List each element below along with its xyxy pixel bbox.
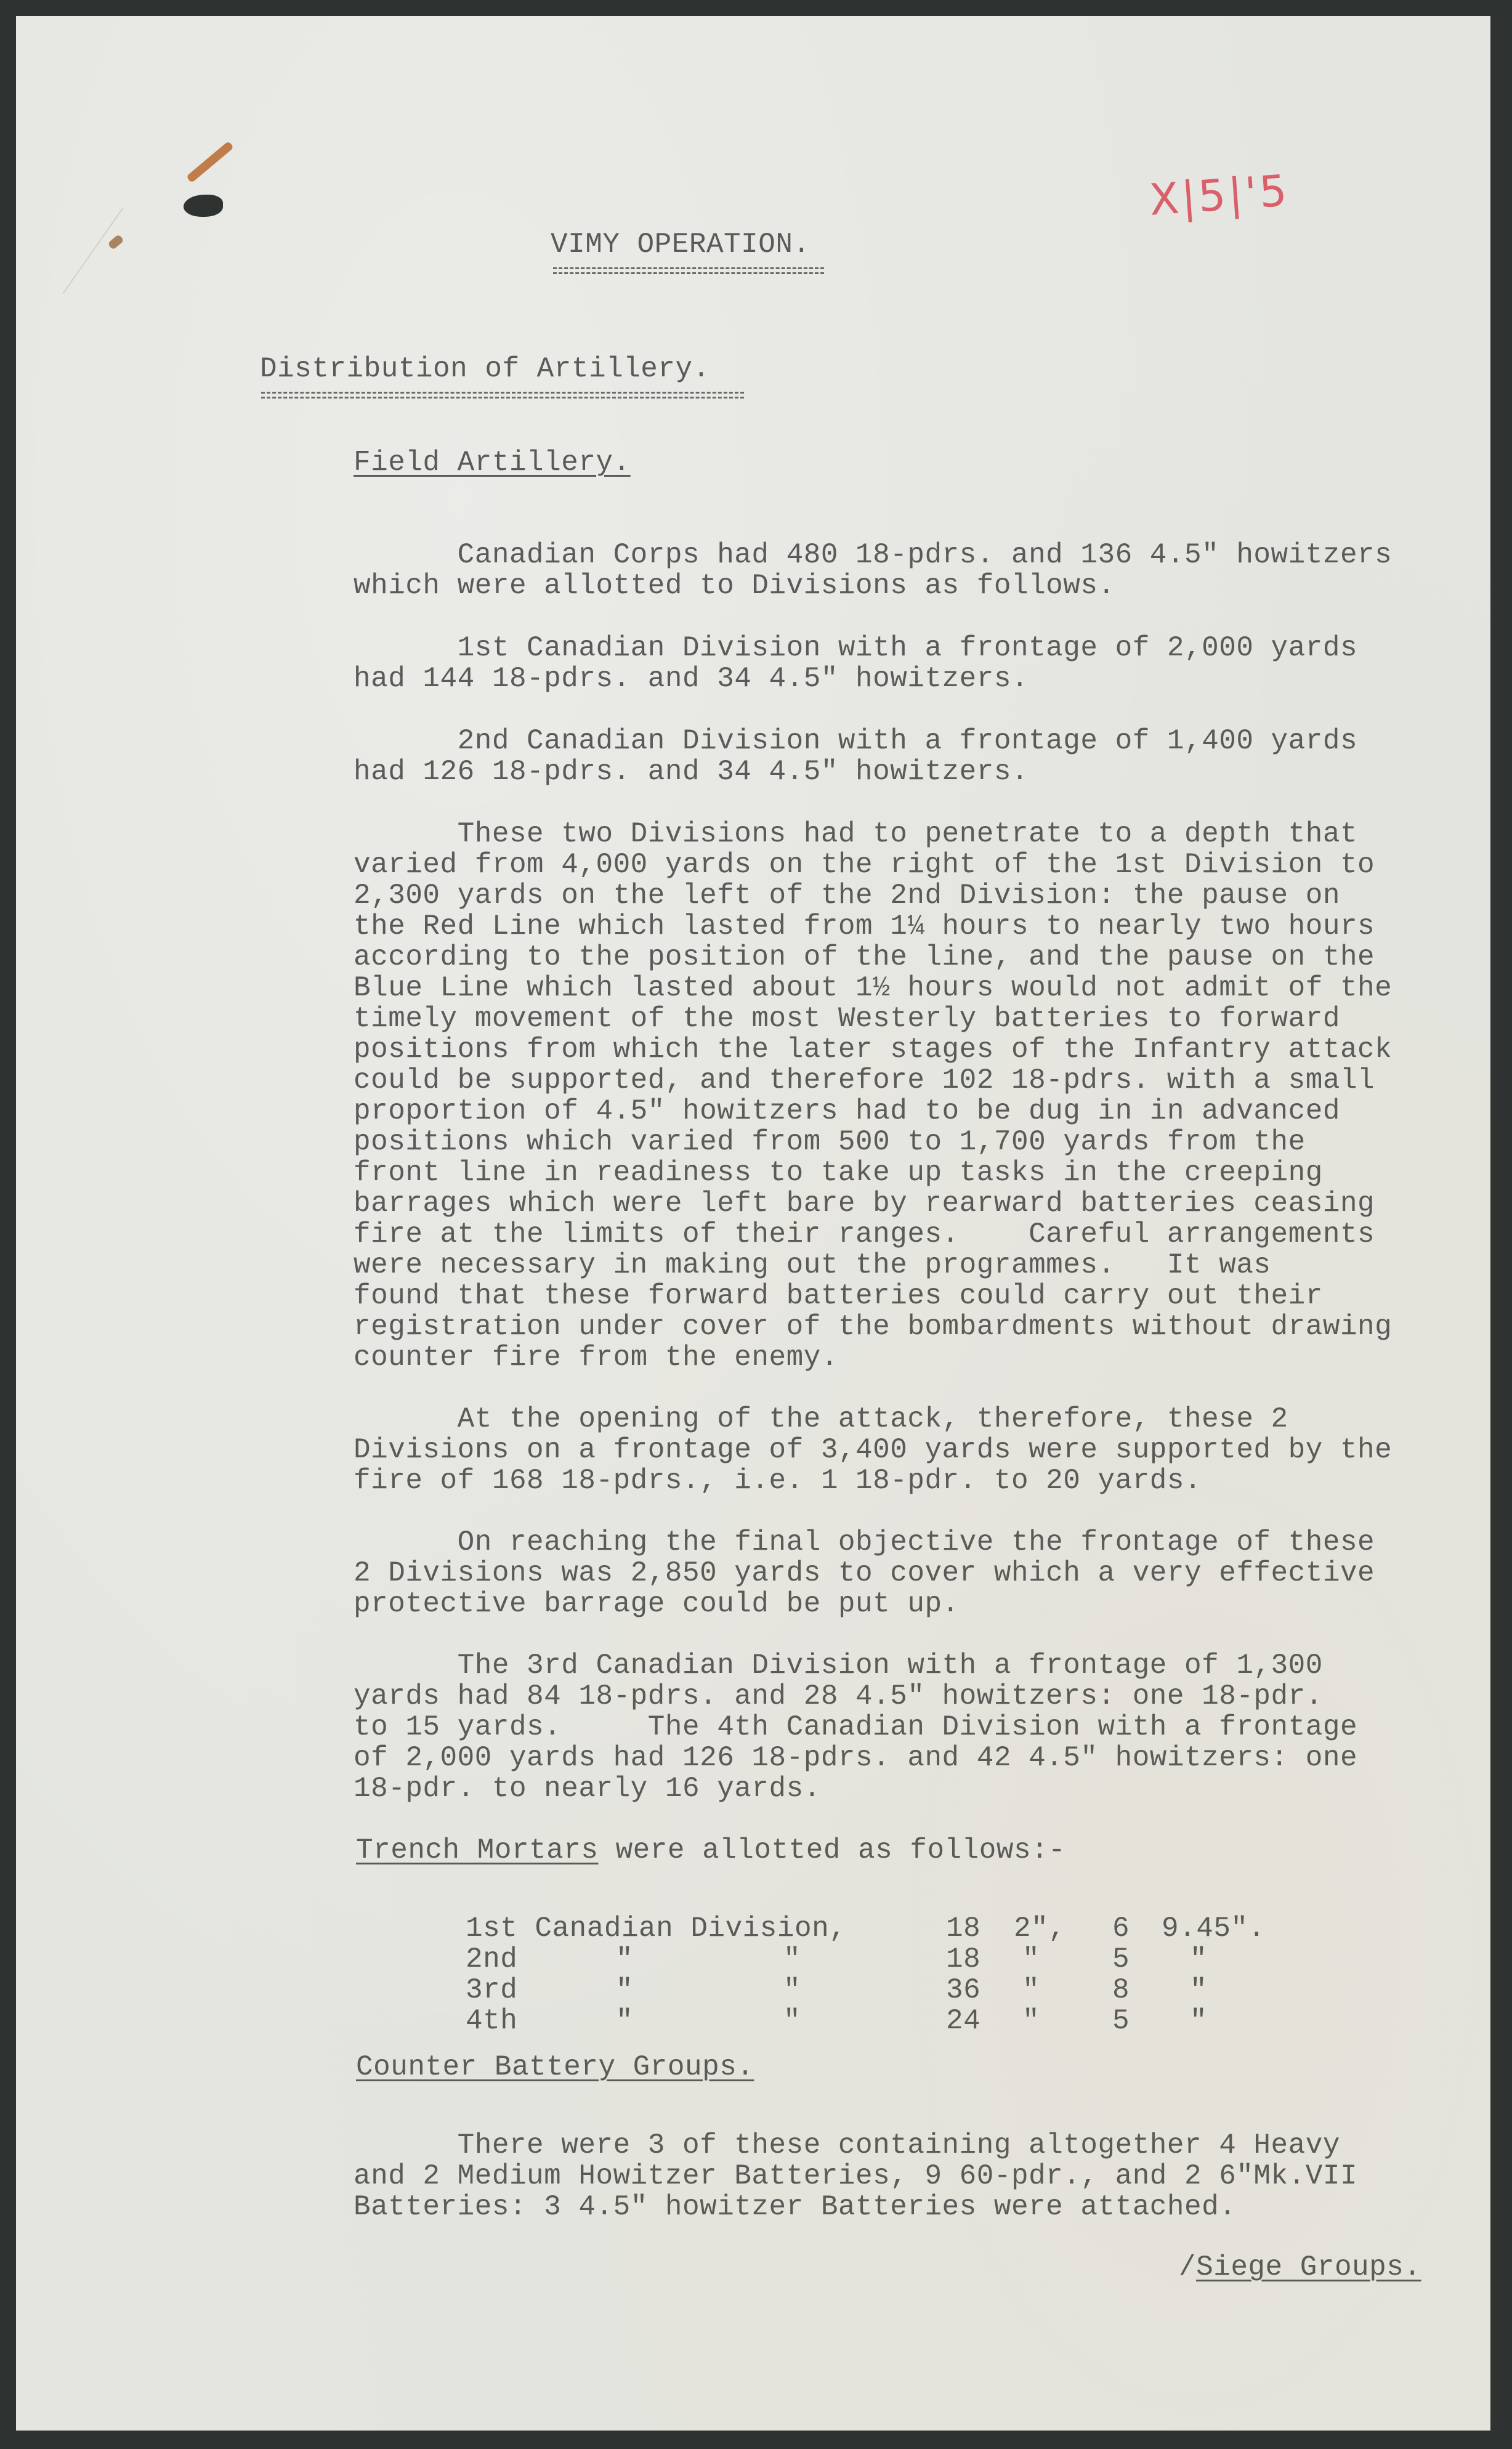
text-line: to 15 yards. The 4th Canadian Division w… [354, 1712, 1357, 1743]
table-cell-ditto: " [783, 2006, 801, 2036]
text-line: 2nd Canadian Division with a frontage of… [354, 726, 1357, 756]
rust-stain-icon [107, 234, 124, 250]
text-line: positions which varied from 500 to 1,700… [354, 1127, 1306, 1157]
table-cell-ditto: " [783, 1944, 801, 1975]
table-cell-945-unit: " [1190, 1944, 1207, 1975]
table-cell-division: 3rd [466, 1975, 517, 2006]
text-line: 2 Divisions was 2,850 yards to cover whi… [354, 1558, 1375, 1589]
text-line: positions from which the later stages of… [354, 1034, 1392, 1065]
text-line: These two Divisions had to penetrate to … [354, 819, 1357, 849]
text-line: At the opening of the attack, therefore,… [354, 1404, 1288, 1435]
text-line: had 144 18-pdrs. and 34 4.5" howitzers. [354, 663, 1029, 694]
text-line: Divisions on a frontage of 3,400 yards w… [354, 1435, 1392, 1465]
text-line: could be supported, and therefore 102 18… [354, 1065, 1375, 1096]
text-line: timely movement of the most Westerly bat… [354, 1003, 1340, 1034]
text-line: were necessary in making out the program… [354, 1250, 1271, 1281]
text-line: Batteries: 3 4.5" howitzer Batteries wer… [354, 2192, 1236, 2222]
table-cell-division: 4th [466, 2006, 517, 2036]
text-line: Canadian Corps had 480 18-pdrs. and 136 … [354, 540, 1392, 570]
text-line: 1st Canadian Division with a frontage of… [354, 633, 1357, 663]
document-page: X|5|'5 VIMY OPERATION. Distribution of A… [16, 16, 1490, 2431]
text-line: The 3rd Canadian Division with a frontag… [354, 1650, 1323, 1681]
text-line: varied from 4,000 yards on the right of … [354, 849, 1375, 880]
catchword-siege-groups: Siege Groups. [1196, 2251, 1421, 2283]
table-cell-945-unit: " [1190, 1975, 1207, 2006]
title-double-underline [553, 267, 824, 274]
catchword-next-page: /Siege Groups. [1179, 2252, 1421, 2283]
text-line: There were 3 of these containing altoget… [354, 2130, 1340, 2161]
table-cell-division: 2nd [466, 1944, 517, 1975]
page-title: VIMY OPERATION. [551, 229, 811, 260]
text-line: 2,300 yards on the left of the 2nd Divis… [354, 880, 1340, 911]
paper-scratch [62, 208, 123, 294]
handwritten-reference-mark: X|5|'5 [1147, 165, 1291, 225]
text-line: counter fire from the enemy. [354, 1342, 838, 1373]
table-cell-945-count: 6 [1112, 1913, 1130, 1944]
heading-trench-mortars: Trench Mortars [356, 1834, 598, 1866]
text-line: yards had 84 18-pdrs. and 28 4.5" howitz… [354, 1681, 1323, 1712]
table-cell-division: 1st Canadian Division, [466, 1913, 846, 1944]
table-cell-945-unit: " [1190, 2006, 1207, 2036]
text-line: had 126 18-pdrs. and 34 4.5" howitzers. [354, 756, 1029, 787]
trench-mortars-intro: Trench Mortars were allotted as follows:… [356, 1835, 1065, 1866]
table-cell-2in-count: 18 [946, 1944, 980, 1975]
table-cell-2in-count: 24 [946, 2006, 980, 2036]
text-line: front line in readiness to take up tasks… [354, 1157, 1323, 1188]
text-line: the Red Line which lasted from 1¼ hours … [354, 911, 1375, 942]
table-cell-2in-count: 18 [946, 1913, 980, 1944]
text-line: according to the position of the line, a… [354, 942, 1375, 973]
text-line: protective barrage could be put up. [354, 1589, 960, 1619]
rust-stain-icon [186, 141, 234, 184]
text-line: fire of 168 18-pdrs., i.e. 1 18-pdr. to … [354, 1465, 1202, 1496]
text-line: and 2 Medium Howitzer Batteries, 9 60-pd… [354, 2161, 1357, 2192]
text-line: of 2,000 yards had 126 18-pdrs. and 42 4… [354, 1743, 1357, 1773]
table-cell-ditto: " [783, 1975, 801, 2006]
table-cell-ditto: " [616, 1975, 633, 2006]
table-cell-2in-unit: 2", [1014, 1913, 1065, 1944]
heading-counter-battery-groups: Counter Battery Groups. [356, 2052, 754, 2083]
table-cell-945-count: 5 [1112, 1944, 1130, 1975]
text-line: were allotted as follows:- [598, 1834, 1065, 1866]
table-cell-945-count: 5 [1112, 2006, 1130, 2036]
text-line: registration under cover of the bombardm… [354, 1311, 1392, 1342]
slash-mark: / [1179, 2251, 1196, 2283]
subtitle-double-underline [261, 392, 744, 399]
text-line: which were allotted to Divisions as foll… [354, 570, 1115, 601]
text-line: Blue Line which lasted about 1½ hours wo… [354, 973, 1392, 1003]
text-line: proportion of 4.5" howitzers had to be d… [354, 1096, 1340, 1127]
table-cell-2in-unit: " [1022, 1944, 1040, 1975]
text-line: fire at the limits of their ranges. Care… [354, 1219, 1375, 1250]
table-cell-ditto: " [616, 2006, 633, 2036]
table-cell-2in-count: 36 [946, 1975, 980, 2006]
punch-hole [184, 195, 223, 217]
table-cell-2in-unit: " [1022, 2006, 1040, 2036]
table-cell-ditto: " [616, 1944, 633, 1975]
text-line: found that these forward batteries could… [354, 1281, 1323, 1311]
heading-field-artillery: Field Artillery. [354, 447, 631, 478]
text-line: On reaching the final objective the fron… [354, 1527, 1375, 1558]
text-line: 18-pdr. to nearly 16 yards. [354, 1773, 821, 1804]
table-cell-945-count: 8 [1112, 1975, 1130, 2006]
table-cell-945-unit: 9.45". [1162, 1913, 1266, 1944]
table-cell-2in-unit: " [1022, 1975, 1040, 2006]
text-line: barrages which were left bare by rearwar… [354, 1188, 1375, 1219]
section-title: Distribution of Artillery. [260, 354, 710, 384]
